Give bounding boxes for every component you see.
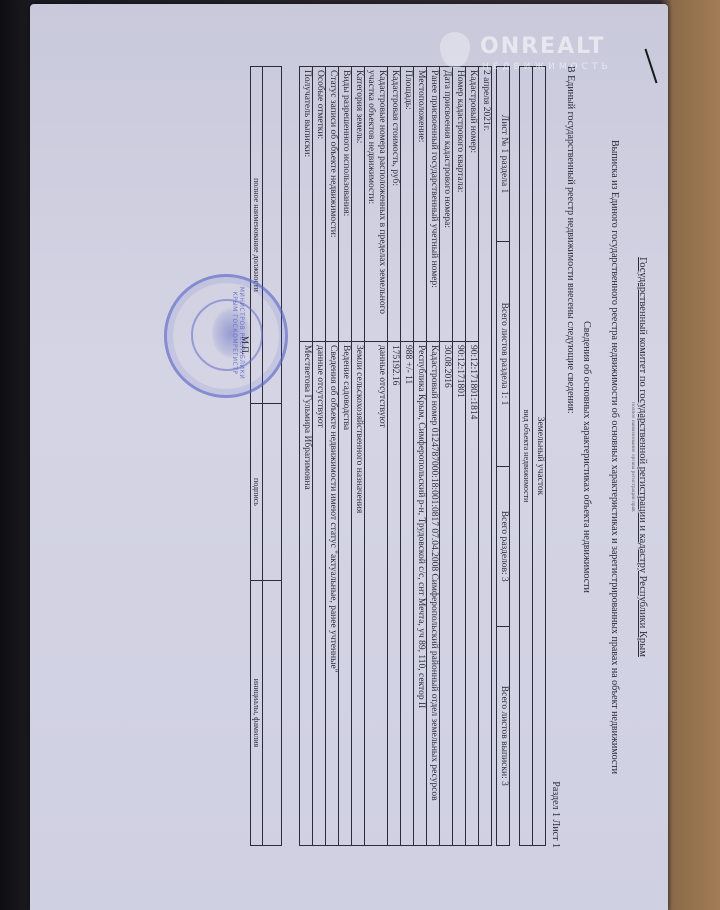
object-type-table: Земельный участок вид объекта недвижимос… xyxy=(519,66,546,846)
field-value: Республика Крым, Симферопольский р-н, Тр… xyxy=(414,342,427,846)
document-subtitle: Сведения об основных характеристиках объ… xyxy=(581,4,592,910)
table-row: Особые отметки:данные отсутствуют xyxy=(313,67,326,846)
field-label: Виды разрешенного использования: xyxy=(339,67,352,342)
field-label: Категория земель: xyxy=(352,67,365,342)
table-row: Ранее присвоенный государственный учетны… xyxy=(427,67,440,846)
sheets-in-section: Всего листов раздела 1: 1 xyxy=(497,242,510,467)
table-row: Номер кадастрового квартала:90:12:171801 xyxy=(453,67,466,846)
field-label: Кадастровая стоимость, руб: xyxy=(388,67,401,342)
table-row: Местоположение:Республика Крым, Симфероп… xyxy=(414,67,427,846)
characteristics-table: 2 апреля 2021г. Кадастровый номер:90:12:… xyxy=(299,66,492,846)
field-label: Особые отметки: xyxy=(313,67,326,342)
name-caption: инициалы, фамилия xyxy=(251,581,263,846)
signature-field xyxy=(263,404,282,581)
intro-text: В Единый государственный реестр недвижим… xyxy=(565,66,576,414)
table-row: Кадастровые номера расположенных в преде… xyxy=(365,67,388,846)
field-label: Получатель выписки: xyxy=(300,67,313,342)
field-value: Кадастровый номер 0124787000:18:001:0817… xyxy=(427,342,440,846)
field-label: Местоположение: xyxy=(414,67,427,342)
table-row: Дата присвоения кадастрового номера:30.0… xyxy=(440,67,453,846)
sheet-info-table: Лист № 1 раздела 1 Всего листов раздела … xyxy=(496,66,510,846)
signature-table: полное наименование должности подпись ин… xyxy=(250,66,282,846)
table-row: Получатель выписки:Местветова Гульмира И… xyxy=(300,67,313,846)
field-value: данные отсутствуют xyxy=(313,342,326,846)
table-row: Статус записи об объекте недвижимости:Св… xyxy=(326,67,339,846)
field-value: данные отсутствуют xyxy=(365,342,388,846)
watermark-tagline: НЕДВИЖИМОСТЬ xyxy=(482,62,612,72)
sheets-total: Всего листов выписки: 3 xyxy=(497,626,510,845)
document-photo: Государственный комитет по государственн… xyxy=(30,4,668,910)
document-title: Выписка из Единого государственного реес… xyxy=(609,4,620,910)
field-label: Кадастровый номер: xyxy=(466,67,479,342)
field-value: 175192.16 xyxy=(388,342,401,846)
organization-caption: полное наименование органа регистрации п… xyxy=(630,4,635,910)
field-label: Номер кадастрового квартала: xyxy=(453,67,466,342)
organization-name: Государственный комитет по государственн… xyxy=(637,4,648,910)
field-value: 988 +/- 11 xyxy=(401,342,414,846)
field-value: Ведение садоводства xyxy=(339,342,352,846)
field-label: Ранее присвоенный государственный учетны… xyxy=(427,67,440,342)
field-value: Сведения об объекте недвижимости имеют с… xyxy=(326,342,339,846)
table-row: Площадь:988 +/- 11 xyxy=(401,67,414,846)
sections-total: Всего разделов: 3 xyxy=(497,466,510,626)
field-value: 30.08.2016 xyxy=(440,342,453,846)
sheet-number: Лист № 1 раздела 1 xyxy=(497,67,510,242)
seal-label: М.П. xyxy=(240,336,250,355)
watermark-brand: ONREALT xyxy=(480,34,606,59)
seal-text: МИНИСТРОВ РЕСПУБЛИКИ КРЫМ ГОСКОМРЕГИСТР xyxy=(231,277,245,389)
table-row: Категория земель:Земли сельскохозяйствен… xyxy=(352,67,365,846)
official-seal: МИНИСТРОВ РЕСПУБЛИКИ КРЫМ ГОСКОМРЕГИСТР xyxy=(164,274,288,398)
name-field xyxy=(263,581,282,846)
object-type-caption: вид объекта недвижимости xyxy=(520,67,533,846)
field-value: 90:12:171801 xyxy=(453,342,466,846)
field-value: Земли сельскохозяйственного назначения xyxy=(352,342,365,846)
field-value: Местветова Гульмира Ибрагимовна xyxy=(300,342,313,846)
egrn-extract: Государственный комитет по государственн… xyxy=(30,4,668,910)
field-label: Дата присвоения кадастрового номера: xyxy=(440,67,453,342)
table-row: Виды разрешенного использования:Ведение … xyxy=(339,67,352,846)
field-value: 90:12:171801:1814 xyxy=(466,342,479,846)
location-pin-icon xyxy=(440,32,470,68)
field-label: Площадь: xyxy=(401,67,414,342)
section-label: Раздел 1 Лист 1 xyxy=(550,781,561,848)
signature-caption: подпись xyxy=(251,404,263,581)
watermark: ONREALT НЕДВИЖИМОСТЬ xyxy=(440,30,650,80)
table-row: Кадастровая стоимость, руб:175192.16 xyxy=(388,67,401,846)
extract-date: 2 апреля 2021г. xyxy=(479,67,492,846)
field-label: Статус записи об объекте недвижимости: xyxy=(326,67,339,342)
object-type: Земельный участок xyxy=(533,67,546,846)
table-row: Кадастровый номер:90:12:171801:1814 xyxy=(466,67,479,846)
field-label: Кадастровые номера расположенных в преде… xyxy=(365,67,388,342)
